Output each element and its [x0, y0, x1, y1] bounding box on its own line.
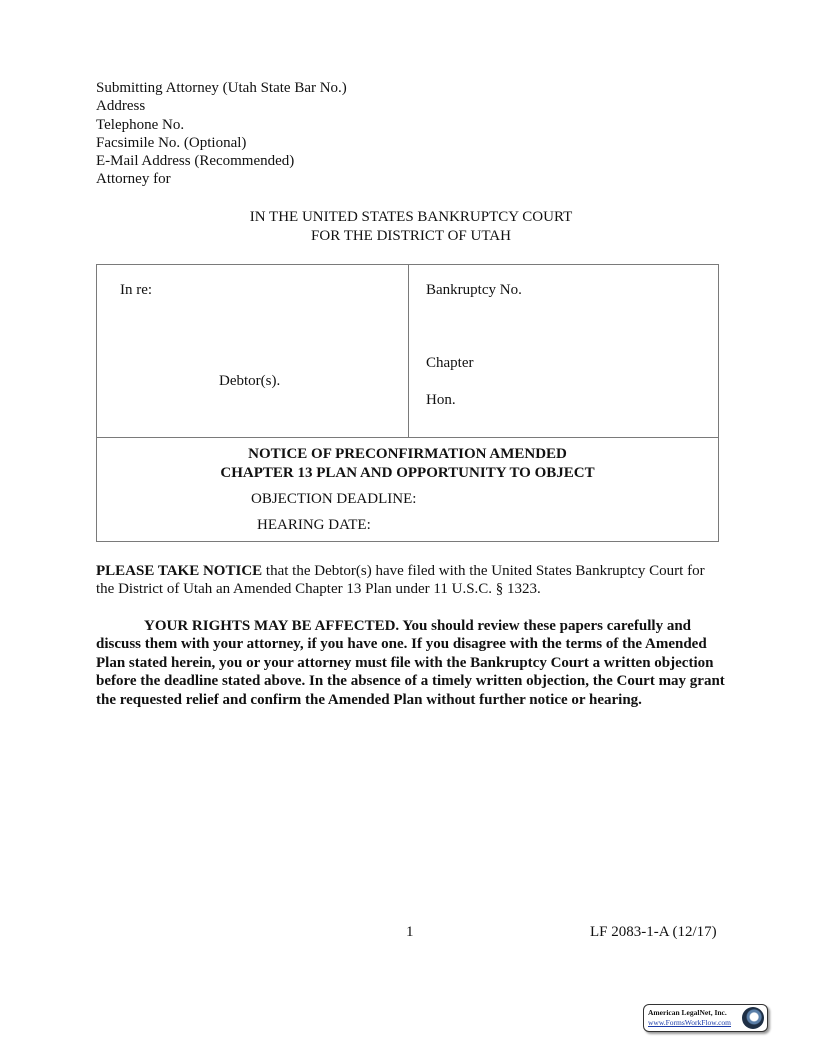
- rights-paragraph-text: YOUR RIGHTS MAY BE AFFECTED. You should …: [96, 618, 725, 708]
- court-name: IN THE UNITED STATES BANKRUPTCY COURT: [96, 208, 726, 227]
- bankruptcy-number-label: Bankruptcy No.: [426, 282, 522, 299]
- notice-paragraph: PLEASE TAKE NOTICE that the Debtor(s) ha…: [96, 562, 726, 599]
- attorney-address-line: Address: [96, 97, 347, 115]
- caption-vertical-divider: [408, 265, 409, 437]
- notice-title-line1: NOTICE OF PRECONFIRMATION AMENDED: [97, 445, 718, 464]
- notice-title-line2: CHAPTER 13 PLAN AND OPPORTUNITY TO OBJEC…: [97, 464, 718, 483]
- publisher-name: American LegalNet, Inc.: [648, 1008, 727, 1017]
- publisher-link[interactable]: www.FormsWorkFlow.com: [648, 1018, 731, 1027]
- attorney-for-line: Attorney for: [96, 170, 347, 188]
- chapter-label: Chapter: [426, 355, 473, 372]
- attorney-info-block: Submitting Attorney (Utah State Bar No.)…: [96, 79, 347, 189]
- page-number: 1: [406, 924, 414, 941]
- hearing-date-label: HEARING DATE:: [257, 517, 371, 534]
- attorney-email-line: E-Mail Address (Recommended): [96, 152, 347, 170]
- attorney-bar-number-line: Submitting Attorney (Utah State Bar No.): [96, 79, 347, 97]
- debtors-label: Debtor(s).: [219, 373, 280, 390]
- in-re-label: In re:: [120, 282, 152, 299]
- globe-logo-icon: [742, 1007, 764, 1029]
- court-district: FOR THE DISTRICT OF UTAH: [96, 227, 726, 246]
- publisher-badge[interactable]: American LegalNet, Inc. www.FormsWorkFlo…: [643, 1004, 768, 1032]
- caption-horizontal-divider: [97, 437, 718, 438]
- notice-title: NOTICE OF PRECONFIRMATION AMENDED CHAPTE…: [97, 445, 718, 483]
- court-header: IN THE UNITED STATES BANKRUPTCY COURT FO…: [96, 208, 726, 245]
- judge-label: Hon.: [426, 392, 456, 409]
- form-identifier: LF 2083-1-A (12/17): [590, 924, 717, 941]
- objection-deadline-label: OBJECTION DEADLINE:: [251, 491, 416, 508]
- case-caption-table: In re: Debtor(s). Bankruptcy No. Chapter…: [96, 264, 719, 542]
- notice-lead-in: PLEASE TAKE NOTICE: [96, 563, 262, 579]
- attorney-fax-line: Facsimile No. (Optional): [96, 134, 347, 152]
- attorney-telephone-line: Telephone No.: [96, 116, 347, 134]
- rights-paragraph: YOUR RIGHTS MAY BE AFFECTED. You should …: [96, 617, 726, 709]
